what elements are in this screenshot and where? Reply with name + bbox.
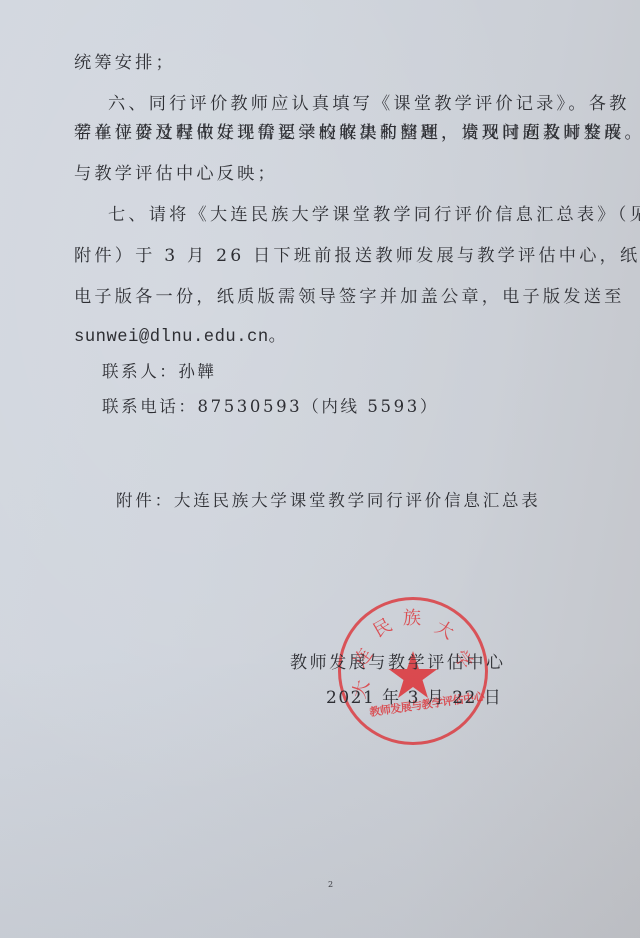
- attachment-line: 附件：大连民族大学课堂教学同行评价信息汇总表: [116, 490, 541, 512]
- email-line: sunwei@dlnu.edu.cn。: [74, 327, 286, 349]
- page-number: 2: [328, 880, 333, 889]
- body-line-6: 七、请将《大连民族大学课堂教学同行评价信息汇总表》（见: [108, 204, 640, 226]
- body-line-2: 六、同行评价教师应认真填写《课堂教学评价记录》。各教: [108, 93, 629, 115]
- body-line-8: 电子版各一份，纸质版需领导签字并加盖公章，电子版发送至: [74, 286, 624, 308]
- body-line-7: 附件）于 3 月 26 日下班前报送教师发展与教学评估中心，纸质、: [74, 245, 640, 267]
- contact-phone: 联系电话：87530593（内线 5593）: [102, 396, 439, 418]
- signature-date: 2021 年 3 月 22 日: [326, 687, 502, 709]
- body-line-4: 若在评价过程中发现需要学校解决的问题，请及时向教师发展: [74, 122, 624, 144]
- seal-char-top-1: 民: [368, 611, 397, 643]
- body-line-5: 与教学评估中心反映；: [74, 163, 278, 185]
- signature-organization: 教师发展与教学评估中心: [290, 652, 506, 674]
- body-line-1: 统筹安排；: [74, 52, 176, 74]
- contact-person: 联系人：孙韡: [102, 361, 217, 383]
- seal-char-top-2: 族: [403, 604, 421, 630]
- seal-char-top-3: 大: [431, 613, 460, 645]
